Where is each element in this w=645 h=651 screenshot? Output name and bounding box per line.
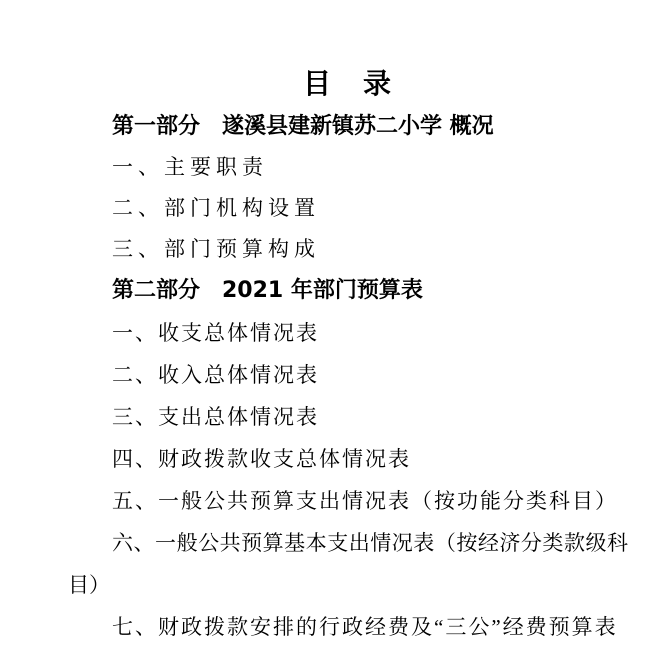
toc-section-part1: 第一部分 遂溪县建新镇苏二小学 概况 一、主要职责 二、部门机构设置 三、部门预… [68, 106, 628, 270]
toc-entry: 二、收入总体情况表 [68, 354, 628, 396]
toc-entry: 三、支出总体情况表 [68, 396, 628, 438]
toc-content: 目 录 第一部分 遂溪县建新镇苏二小学 概况 一、主要职责 二、部门机构设置 三… [68, 62, 628, 648]
toc-entry: 二、部门机构设置 [68, 188, 628, 229]
part1-heading: 第一部分 遂溪县建新镇苏二小学 概况 [68, 106, 628, 147]
toc-entry: 七、财政拨款安排的行政经费及“三公”经费预算表 [68, 606, 628, 648]
toc-entry: 六、一般公共预算基本支出情况表（按经济分类款级科目） [68, 522, 628, 606]
toc-entry: 五、一般公共预算支出情况表（按功能分类科目） [68, 480, 628, 522]
toc-entry: 一、主要职责 [68, 147, 628, 188]
document-page: 目 录 第一部分 遂溪县建新镇苏二小学 概况 一、主要职责 二、部门机构设置 三… [0, 0, 645, 651]
toc-entry: 一、收支总体情况表 [68, 312, 628, 354]
toc-section-part2: 第二部分 2021 年部门预算表 一、收支总体情况表 二、收入总体情况表 三、支… [68, 270, 628, 648]
toc-entry: 三、部门预算构成 [68, 229, 628, 270]
toc-entry: 四、财政拨款收支总体情况表 [68, 438, 628, 480]
toc-title: 目 录 [68, 62, 628, 106]
part2-heading: 第二部分 2021 年部门预算表 [68, 270, 628, 312]
